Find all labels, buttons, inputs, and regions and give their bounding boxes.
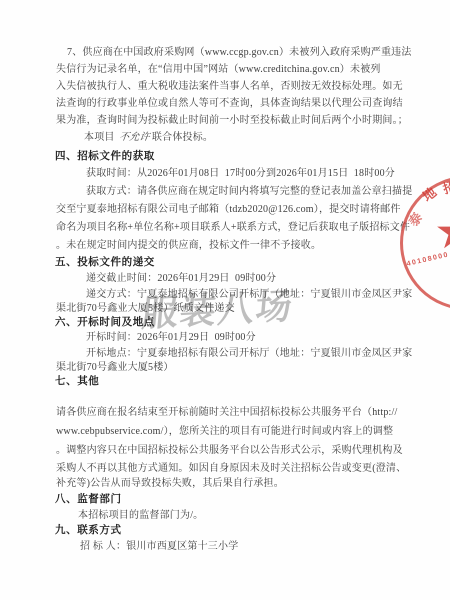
seal-star-icon: ★ xyxy=(434,209,450,257)
text-line: 命名为项目名称+单位名称+项目联系人+联系方式，登记后获取电子版招标文件 xyxy=(56,222,410,234)
text-line: 失信行为记录名单，在“信用中国”网站（www.creditchina.gov.c… xyxy=(56,64,381,76)
text-segment: 本项目 xyxy=(84,132,117,143)
text-line: 补充等)公告从而导致投标失败，其后果自行承担。 xyxy=(56,478,284,490)
text-line: 获取方式：请各供应商在规定时间内将填写完整的登记表加盖公章扫描提 xyxy=(86,186,412,198)
text-line: 入失信被执行人、重大税收违法案件当事人名单，否则按无效投标处理。如无 xyxy=(56,81,403,93)
no-consortium-line: 本项目 不允许联合体投标。 xyxy=(84,132,213,144)
opening-time-line: 开标时间：2026年01月29日 09时00分 xyxy=(86,332,256,344)
text-line: 法查询的行政事业单位或自然人等可不查询，具体查询结果以代理公司查询结 xyxy=(56,98,403,110)
submission-deadline-line: 递交截止时间：2026年01月29日 09时00分 xyxy=(86,273,276,285)
text-segment: 联合体投标。 xyxy=(152,132,213,143)
text-line: 本招标项目的监督部门为/。 xyxy=(78,510,203,522)
tenderer-line: 招 标 人：银川市西夏区第十三小学 xyxy=(80,541,238,553)
seal-arc-character: 泰 xyxy=(406,210,424,228)
text-line: www.cebpubservice.com/），您所关注的项目有可能进行时间或内… xyxy=(56,426,393,438)
obtain-time-line: 获取时间：从2026年01月08日 17时00分到2026年01月15日 18时… xyxy=(86,168,395,180)
text-line: 开标地点：宁夏泰地招标有限公司开标厅（地址：宁夏银川市金凤区尹家 xyxy=(86,348,412,360)
text-line: 交至宁夏泰地招标有限公司电子邮箱（tdzb2020@126.com），提交时请将… xyxy=(56,204,401,216)
text-line: 7、供应商在中国政府采购网（www.ccgp.gov.cn）未被列入政府采购严重… xyxy=(67,47,412,59)
section-heading-obtain-docs: 四、招标文件的获取 xyxy=(55,151,155,163)
text-line: 。调整内容只在中国招标投标公共服务平台以公告形式公示，采购代理机构及 xyxy=(56,445,403,457)
emphasis-text: 不允许 xyxy=(118,132,150,144)
text-line: 果为准，查询时间为投标截止时间前一小时至投标截止时间后两个小时期间。； xyxy=(56,115,408,127)
seal-arc-character: 地 xyxy=(420,185,438,203)
seal-arc-character: 招 xyxy=(441,179,450,195)
section-heading-other: 七、其他 xyxy=(55,376,99,388)
text-line: 请各供应商在报名结束至开标前随时关注中国招标投标公共服务平台（http:// xyxy=(56,407,398,419)
text-line: 递交方式：宁夏泰地招标有限公司开标厅（地址：宁夏银川市金凤区尹家 xyxy=(86,289,412,301)
text-line: 渠北街70号鑫业大厦5楼） xyxy=(56,362,174,374)
section-heading-bid-opening: 六、开标时间及地点 xyxy=(55,317,155,329)
section-heading-bid-submission: 五、投标文件的递交 xyxy=(55,257,155,269)
text-line: 渠北街70号鑫业大厦5楼）纸质文件递交 xyxy=(56,303,235,315)
seal-registration-number: 40108000 xyxy=(406,251,450,269)
text-line: 采购人不再以其他方式通知。如因自身原因未及时关注招标公告或变更(澄清、 xyxy=(56,463,406,475)
text-line: 。未在规定时间内提交的供应商，投标文件一律不予接收。 xyxy=(56,240,321,252)
document-page: 服装八场 7、供应商在中国政府采购网（www.ccgp.gov.cn）未被列入政… xyxy=(0,0,450,600)
section-heading-contact: 九、联系方式 xyxy=(55,525,122,537)
section-heading-supervision: 八、监督部门 xyxy=(55,494,122,506)
